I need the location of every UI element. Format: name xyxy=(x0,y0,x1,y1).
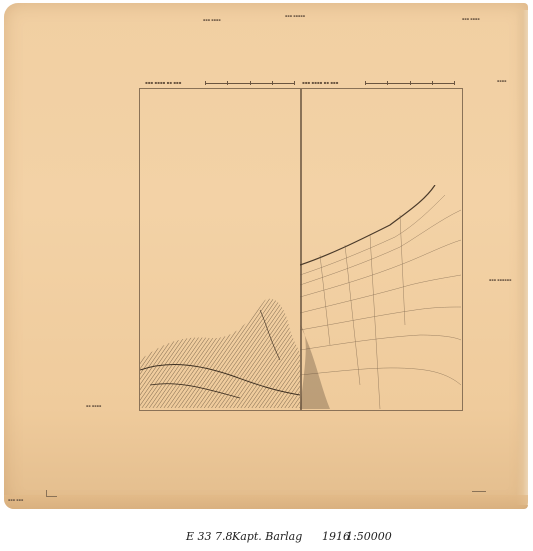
caption-author: Kapt. Barlag xyxy=(232,530,302,543)
corner-mark xyxy=(46,490,57,497)
paper-edge xyxy=(4,495,528,509)
margin-label: ▪▪▪ ▪▪▪▪▪ xyxy=(285,14,305,18)
paper-edge xyxy=(516,10,528,505)
scale-bar-left xyxy=(205,83,295,86)
caption-scale: 1:50000 xyxy=(346,530,392,543)
margin-label: ▪▪▪ ▪▪▪▪ xyxy=(462,17,480,21)
scale-bar-right xyxy=(365,83,455,86)
caption-sheet-id: E 33 7.8 xyxy=(186,530,233,543)
panel-header-right: ▪▪▪ ▪▪▪▪ ▪▪ ▪▪▪ xyxy=(302,80,338,88)
corner-mark xyxy=(472,491,486,493)
margin-label: ▪▪ ▪▪▪▪ xyxy=(86,404,101,408)
margin-label: ▪▪▪ ▪▪▪ xyxy=(8,498,23,502)
margin-label: ▪▪▪ ▪▪▪▪ xyxy=(203,18,221,22)
margin-label: ▪▪▪ ▪▪▪▪▪▪ xyxy=(489,278,511,282)
terrain-contours-right xyxy=(300,185,461,409)
margin-label: ▪▪▪▪ xyxy=(497,79,507,83)
sheet-caption: E 33 7.8 Kapt. Barlag 1916 1:50000 xyxy=(0,530,533,550)
terrain-relief-left xyxy=(140,290,300,408)
panel-header-left: ▪▪▪ ▪▪▪▪ ▪▪ ▪▪▪ xyxy=(145,80,181,88)
